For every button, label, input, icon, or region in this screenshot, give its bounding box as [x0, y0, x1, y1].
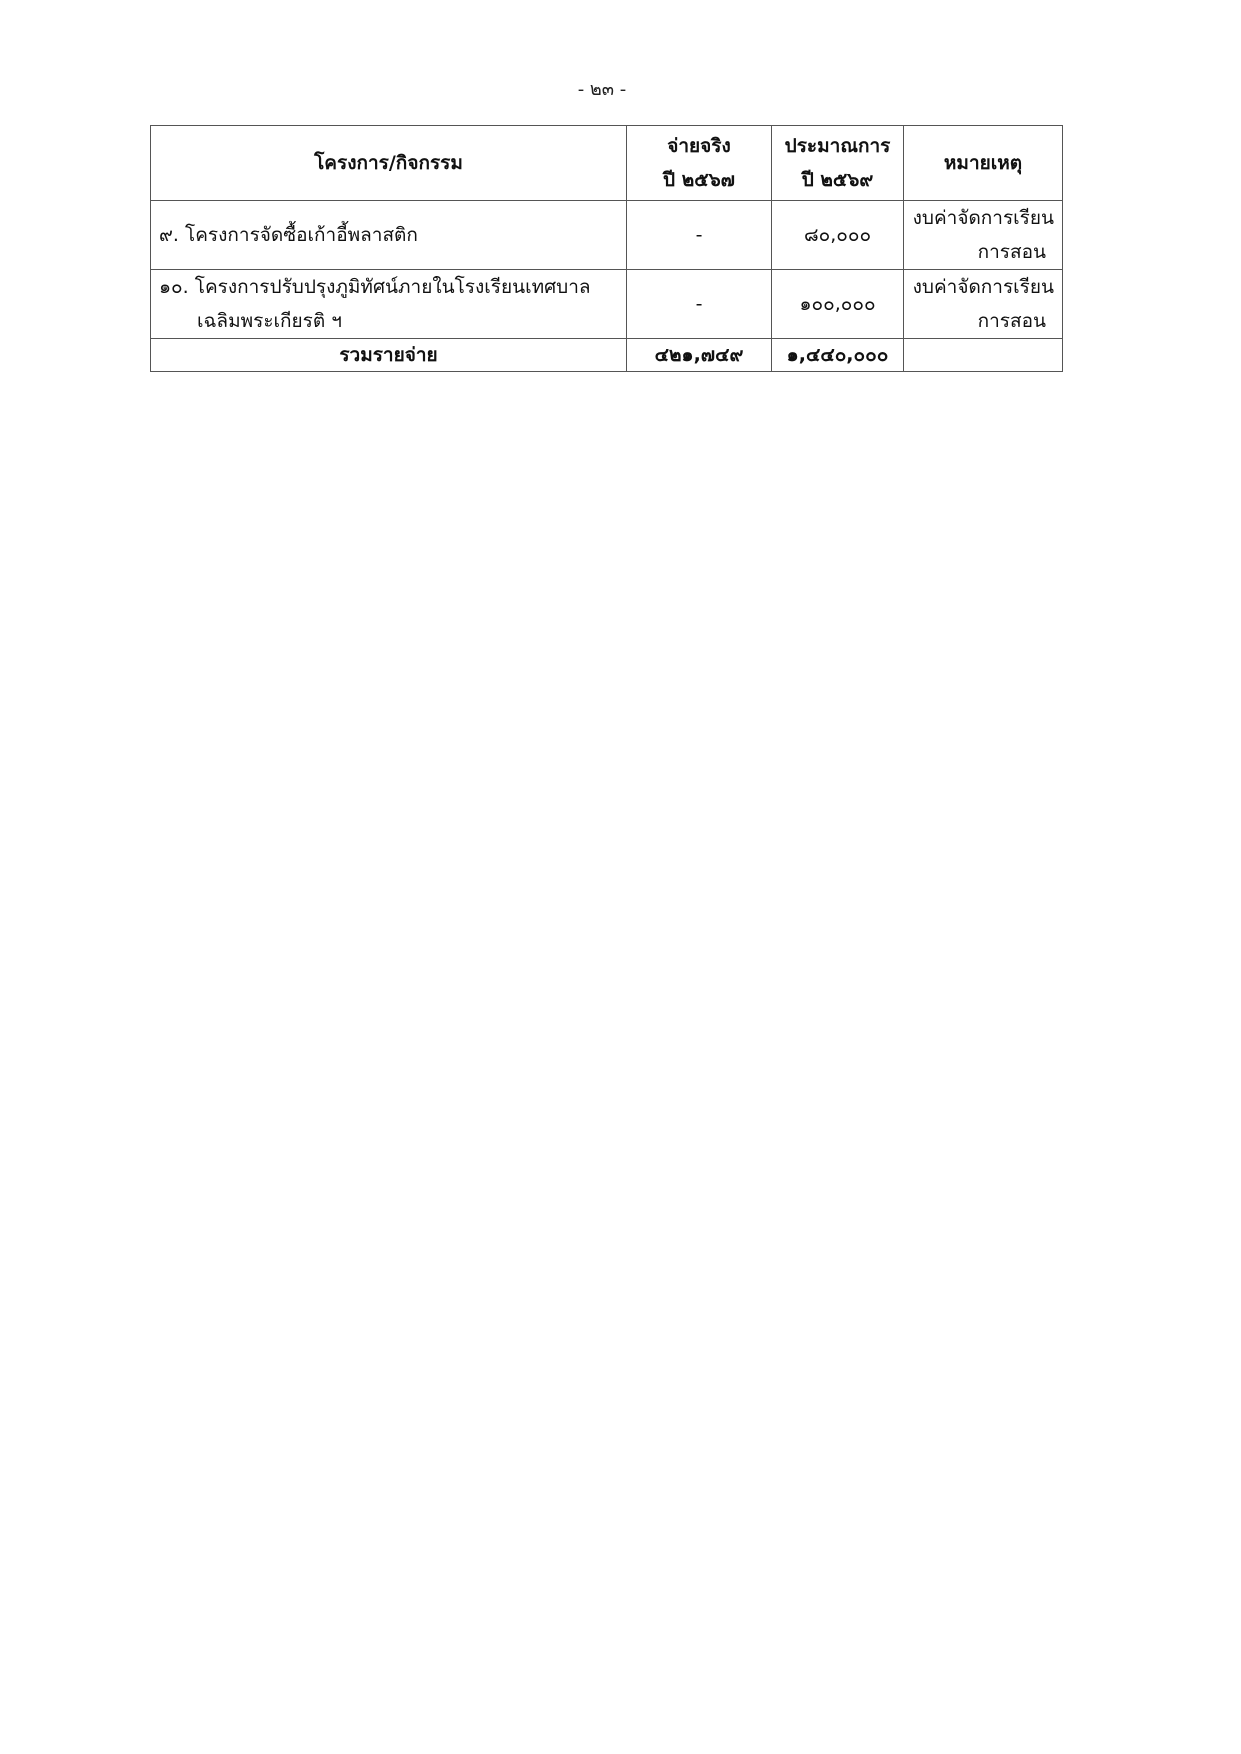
- header-project: โครงการ/กิจกรรม: [151, 126, 627, 201]
- table-row: ๑๐. โครงการปรับปรุงภูมิทัศน์ภายในโรงเรีย…: [151, 270, 1063, 339]
- header-actual-2567: จ่ายจริง ปี ๒๕๖๗: [627, 126, 772, 201]
- note-line-1: งบค่าจัดการเรียน: [912, 201, 1054, 235]
- project-name: ๑๐. โครงการปรับปรุงภูมิทัศน์ภายในโรงเรีย…: [159, 270, 618, 304]
- estimate-2569-cell: ๘๐,๐๐๐: [772, 201, 904, 270]
- header-estimate-label: ประมาณการ: [780, 129, 895, 163]
- total-estimate-2569: ๑,๔๔๐,๐๐๐: [772, 339, 904, 372]
- project-name: ๙. โครงการจัดซื้อเก้าอี้พลาสติก: [159, 224, 418, 246]
- budget-table: โครงการ/กิจกรรม จ่ายจริง ปี ๒๕๖๗ ประมาณก…: [150, 125, 1063, 372]
- total-row: รวมรายจ่าย ๔๒๑,๗๔๙ ๑,๔๔๐,๐๐๐: [151, 339, 1063, 372]
- total-label: รวมรายจ่าย: [151, 339, 627, 372]
- actual-2567-cell: -: [627, 270, 772, 339]
- note-line-2: การสอน: [912, 304, 1054, 338]
- header-note-label: หมายเหตุ: [944, 152, 1022, 174]
- project-name-cell: ๑๐. โครงการปรับปรุงภูมิทัศน์ภายในโรงเรีย…: [151, 270, 627, 339]
- note-line-1: งบค่าจัดการเรียน: [912, 270, 1054, 304]
- table-header-row: โครงการ/กิจกรรม จ่ายจริง ปี ๒๕๖๗ ประมาณก…: [151, 126, 1063, 201]
- estimate-2569-cell: ๑๐๐,๐๐๐: [772, 270, 904, 339]
- project-name-cell: ๙. โครงการจัดซื้อเก้าอี้พลาสติก: [151, 201, 627, 270]
- header-project-label: โครงการ/กิจกรรม: [314, 152, 463, 174]
- note-cell: งบค่าจัดการเรียน การสอน: [904, 201, 1063, 270]
- header-estimate-2569: ประมาณการ ปี ๒๕๖๙: [772, 126, 904, 201]
- header-note: หมายเหตุ: [904, 126, 1063, 201]
- total-note: [904, 339, 1063, 372]
- header-estimate-year: ปี ๒๕๖๙: [780, 163, 895, 197]
- header-actual-label: จ่ายจริง: [635, 129, 763, 163]
- actual-2567-cell: -: [627, 201, 772, 270]
- header-actual-year: ปี ๒๕๖๗: [635, 163, 763, 197]
- note-line-2: การสอน: [912, 235, 1054, 269]
- page-number: - ๒๓ -: [0, 74, 1204, 103]
- project-name-continued: เฉลิมพระเกียรติ ฯ: [159, 304, 618, 338]
- note-cell: งบค่าจัดการเรียน การสอน: [904, 270, 1063, 339]
- total-actual-2567: ๔๒๑,๗๔๙: [627, 339, 772, 372]
- table-row: ๙. โครงการจัดซื้อเก้าอี้พลาสติก - ๘๐,๐๐๐…: [151, 201, 1063, 270]
